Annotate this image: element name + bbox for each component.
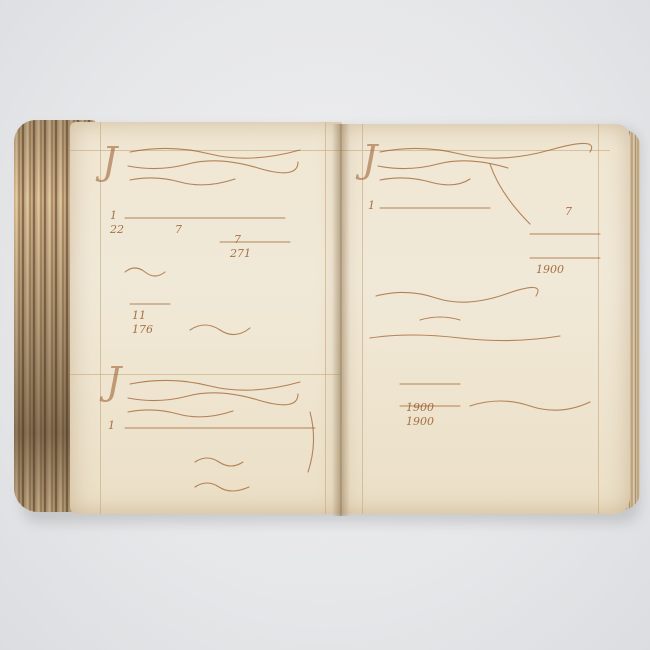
right-page: J 1 7 1900 1900 1900 <box>340 124 630 514</box>
left-page: J J 1 22 7 7 271 11 176 1 <box>70 122 342 514</box>
handwriting-strokes <box>70 122 342 514</box>
book-gutter <box>332 124 350 516</box>
handwriting-strokes <box>340 124 630 514</box>
